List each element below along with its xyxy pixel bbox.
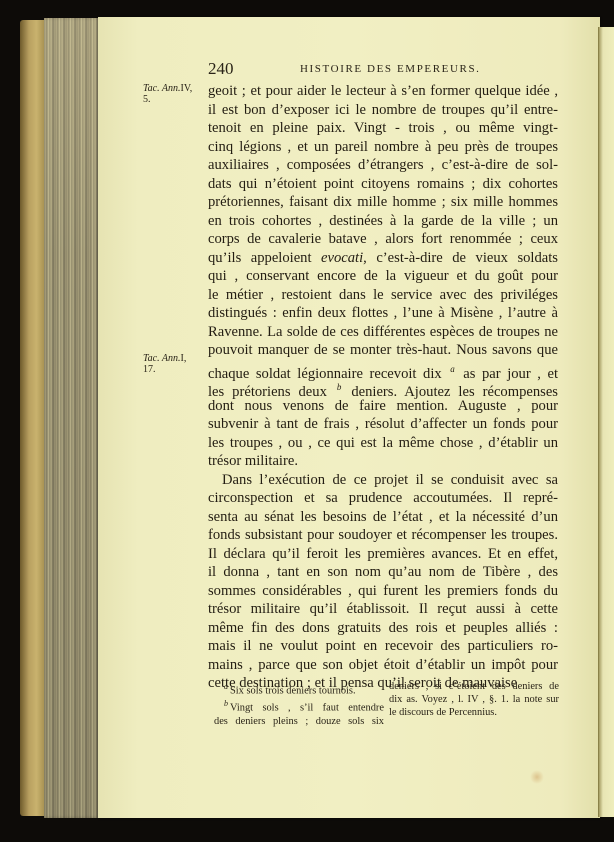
footnote-line: aSix sols trois deniers tournois. [214,680,384,697]
facing-page-edge [598,27,614,817]
margin-note-citation: Tac. Ann.I, 17. [143,353,207,375]
text-line: subvenir à tant de frais , résolut d’aff… [208,415,558,434]
margin-note-book: I, [181,353,187,364]
footnote-line: dix as. Voyez , l. IV , §. 1. la note su… [389,693,559,706]
footnotes-left-column: aSix sols trois deniers tournois.bVingt … [214,680,384,728]
footnote-line: le discours de Percennius. [389,706,559,719]
margin-note-source: Tac. Ann. [143,83,181,94]
margin-note-source: Tac. Ann. [143,353,181,364]
text-line: distingués : enfin deux flottes , l’une … [208,304,558,323]
text-line: Il déclara qu’il feroit les premières av… [208,545,558,564]
text-line: même fin des dons gratuits des rois et p… [208,619,558,638]
text-line: mains , parce que son objet étoit d’étab… [208,656,558,675]
text-line: senta au sénat les besoins de l’état , e… [208,508,558,527]
text-line: Ravenne. La solde de ces différentes esp… [208,323,558,342]
page-stack-fore-edge [44,18,100,818]
text-line: en trois cohortes , destinées à la garde… [208,212,558,231]
text-line: prétoriennes, faisant dix mille homme ; … [208,193,558,212]
footnotes-right-column: deniers , si c’étoient des deniers dedix… [389,680,559,728]
text-line: tenoit en pleine paix. Vingt - trois , o… [208,119,558,138]
text-line: Dans l’exécution de ce projet il se cond… [208,471,558,490]
text-line: fonds subsistant pour soudoyer et récomp… [208,526,558,545]
margin-note-book: IV, [181,83,193,94]
text-line: il donna , tant en son nom qu’au nom de … [208,563,558,582]
text-line: sommes considérables , qui furent les pr… [208,582,558,601]
text-line: trésor militaire. [208,452,558,471]
text-line: mais il ne voulut point en recevoir des … [208,637,558,656]
text-line: chaque soldat légionnaire recevoit dix a… [208,360,558,379]
text-line: les prétoriens deux b deniers. Ajoutez l… [208,378,558,397]
footnote-marker: a [450,364,455,374]
text-line: le métier , restoient dans le service av… [208,286,558,305]
footnotes: aSix sols trois deniers tournois.bVingt … [214,680,559,728]
text-line: qu’ils appeloient evocati, c’est-à-dire … [208,249,558,268]
text-line: circonspection et sa prudence accoutumée… [208,489,558,508]
text-line: cinq légions , et un pareil nombre à peu… [208,138,558,157]
body-text: geoit ; et pour aider le lecteur à s’en … [208,82,558,693]
text-line: qui , conservant encore de la vigueur et… [208,267,558,286]
text-line: dont nous venons de faire mention. Augus… [208,397,558,416]
running-title: HISTOIRE DES EMPEREURS. [300,63,481,75]
page-number: 240 [208,59,234,79]
text-line: il est bon d’exposer ici le nombre de tr… [208,101,558,120]
footnote-line: bVingt sols , s’il faut entendre [214,697,384,714]
running-head: 240 HISTOIRE DES EMPEREURS. [208,62,558,80]
text-line: les troupes , ou , ce qui est la même ch… [208,434,558,453]
text-line: corps de cavalerie batave , alors fort r… [208,230,558,249]
footnote-line: des deniers pleins ; douze sols six [214,715,384,728]
footnote-marker: b [337,382,342,392]
text-line: trésor militaire qu’il établissoit. Il r… [208,600,558,619]
text-line: geoit ; et pour aider le lecteur à s’en … [208,82,558,101]
footnote-line: deniers , si c’étoient des deniers de [389,680,559,693]
margin-note-citation: Tac. Ann.IV, 5. [143,83,207,105]
foxing-stain [530,770,544,784]
text-line: auxiliaires , composées d’étrangers , c’… [208,156,558,175]
text-line: pouvoit manquer de se monter très-haut. … [208,341,558,360]
text-line: dats qui n’étoient point citoyens romain… [208,175,558,194]
margin-note-chapter: 5. [143,94,151,105]
margin-note-chapter: 17. [143,364,156,375]
